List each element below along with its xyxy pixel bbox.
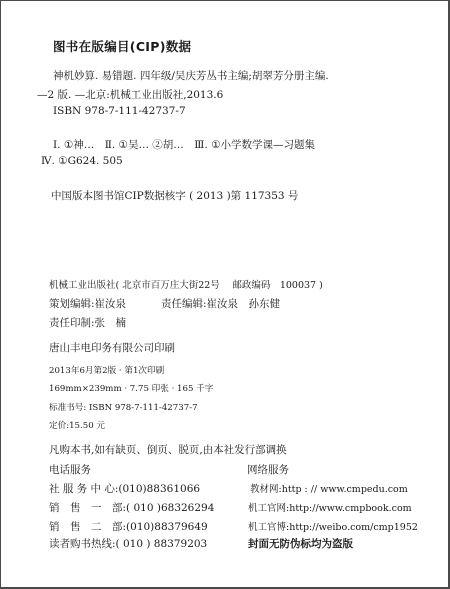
edition-format: 169mm×239mm · 7.75 印张 · 165 千字 (49, 382, 213, 394)
replacement-notice: 凡购本书,如有缺页、倒页、脱页,由本社发行部调换 (49, 442, 287, 457)
phone-label: 销 售 二 部: (49, 521, 126, 533)
web-link[interactable]: http://weibo.com/cmp1952 (289, 522, 418, 533)
web-service-heading: 网络服务 (247, 462, 289, 477)
phone-value: (010)88379649 (126, 521, 208, 533)
web-link[interactable]: http://www.cmpbook.com (289, 503, 411, 514)
phone-row: 销 售 二 部:(010)88379649 (49, 519, 208, 534)
anti-piracy-notice: 封面无防伪标均为盗版 (248, 536, 353, 551)
web-label: 机工官网: (248, 503, 289, 514)
phone-label: 读者购书热线: (49, 538, 116, 550)
responsible-editor: 责任编辑:崔汝泉 孙东健 (161, 296, 280, 311)
publisher-address: 机械工业出版社( 北京市百万庄大街22号 邮政编码 100037 ) (49, 277, 323, 291)
edition-date: 2013年6月第2版 · 第1次印刷 (49, 364, 164, 376)
printer: 唐山丰电印务有限公司印刷 (49, 340, 175, 355)
cip-line-edition: —2 版. —北京:机械工业出版社,2013.6 (37, 87, 223, 102)
phone-service-heading: 电话服务 (49, 462, 91, 477)
cip-number: 中国版本图书馆CIP数据核字 ( 2013 )第 117353 号 (51, 188, 298, 203)
edition-isbn: 标准书号: ISBN 978-7-111-42737-7 (49, 401, 198, 413)
phone-row: 销 售 一 部:( 010 )68326294 (49, 500, 214, 515)
web-link[interactable]: http : // www.cmpedu.com (282, 484, 408, 495)
phone-value: (010)88361066 (118, 483, 200, 495)
cip-classification-1: Ⅰ. ①神… Ⅱ. ①吴… ②胡… Ⅲ. ①小学数学课—习题集 (53, 137, 315, 152)
web-row: 教材网:http : // www.cmpedu.com (250, 481, 408, 495)
web-label: 机工官博: (248, 522, 289, 533)
planning-editor: 策划编辑:崔汝泉 (49, 296, 126, 311)
copyright-page: 图书在版编目(CIP)数据 神机妙算. 易错题. 四年级/吴庆芳丛书主编;胡翠芳… (0, 0, 450, 589)
print-supervisor: 责任印制:张 楠 (49, 315, 126, 330)
web-row: 机工官博:http://weibo.com/cmp1952 (248, 519, 418, 533)
phone-value: ( 010 )68326294 (126, 502, 214, 514)
phone-label: 销 售 一 部: (49, 502, 126, 514)
cip-line-title: 神机妙算. 易错题. 四年级/吴庆芳丛书主编;胡翠芳分册主编. (53, 68, 329, 83)
phone-row: 社 服 务 中 心:(010)88361066 (49, 481, 200, 496)
web-label: 教材网: (250, 484, 282, 495)
cip-line-isbn: ISBN 978-7-111-42737-7 (53, 105, 186, 117)
phone-label: 社 服 务 中 心: (49, 483, 118, 495)
phone-value: ( 010 ) 88379203 (116, 538, 208, 550)
phone-row: 读者购书热线:( 010 ) 88379203 (49, 536, 207, 551)
cip-title: 图书在版编目(CIP)数据 (53, 37, 191, 55)
edition-price: 定价:15.50 元 (49, 419, 105, 431)
web-row: 机工官网:http://www.cmpbook.com (248, 500, 412, 514)
cip-classification-2: Ⅳ. ①G624. 505 (41, 155, 123, 167)
